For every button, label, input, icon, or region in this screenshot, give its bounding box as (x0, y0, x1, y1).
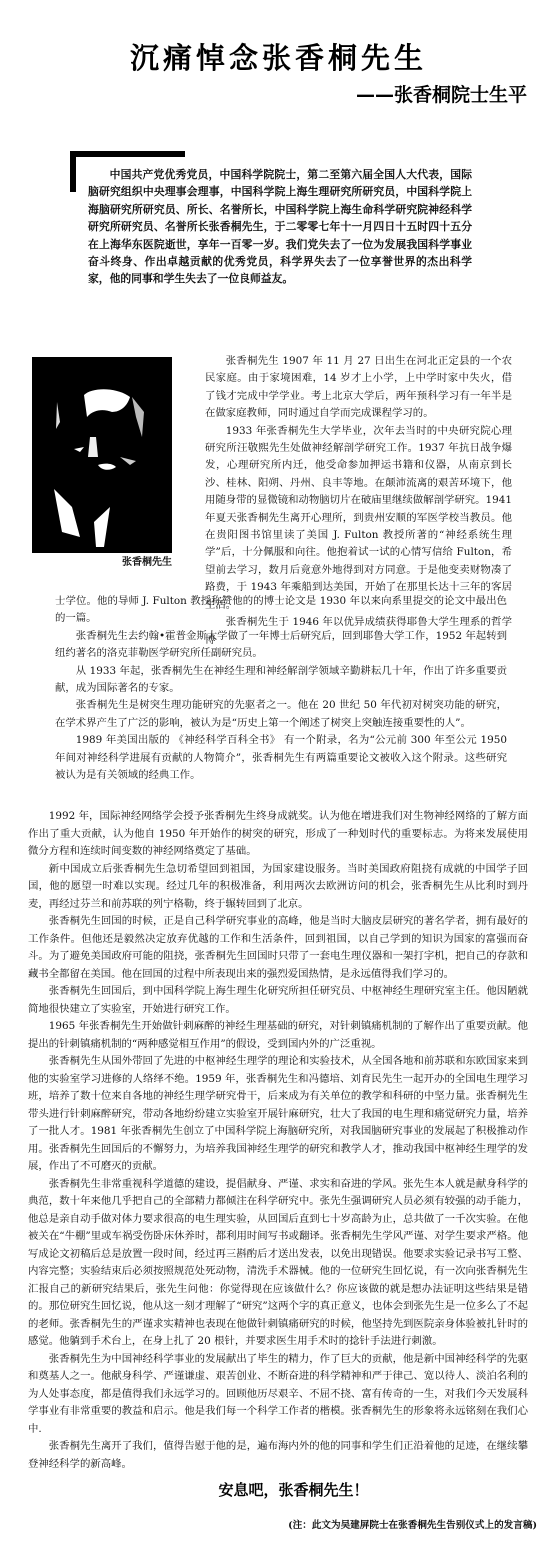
bio-paragraph: 张香桐先生 1907 年 11 月 27 日出生在河北正定县的一个农民家庭。由于… (205, 353, 512, 423)
body-paragraph: 张香桐先生从国外带回了先进的中枢神经生理学的理论和实验技术，从全国各地和前苏联和… (28, 1053, 528, 1176)
body-paragraph: 张香桐先生离开了我们，值得告慰于他的是，遍布海内外的他的同事和学生们正沿着他的足… (28, 1438, 528, 1473)
body-paragraph: 1992 年，国际神经网络学会授予张香桐先生终身成就奖。认为他在增进我们对生物神… (28, 808, 528, 861)
photo-caption: 张香桐先生 (96, 555, 172, 571)
intro-paragraph: 中国共产党优秀党员，中国科学院院士，第二至第六届全国人大代表，国际脑研究组织中央… (88, 166, 472, 288)
page-subtitle: ——张香桐院士生平 (356, 82, 527, 108)
page-title: 沉痛悼念张香桐先生 (0, 38, 557, 78)
farewell-heading: 安息吧，张香桐先生！ (0, 1479, 557, 1501)
bio-paragraph: 张香桐先生是树突生理功能研究的先驱者之一。他在 20 世纪 50 年代初对树突功… (55, 697, 507, 732)
body-paragraph: 1965 年张香桐先生开始做针刺麻醉的神经生理基础的研究，对针刺镇痛机制的了解作… (28, 1018, 528, 1053)
portrait-photo (32, 357, 172, 553)
body-paragraph: 张香桐先生回国后，到中国科学院上海生理生化研究所担任研究员、中枢神经生理研究室主… (28, 983, 528, 1018)
biography-full-width: 士学位。他的导师 J. Fulton 教授称赞他的的博士论文是 1930 年以来… (55, 593, 507, 784)
bio-paragraph: 1989 年美国出版的 《神经科学百科全书》 有一个附录，名为“公元前 300 … (55, 732, 507, 784)
main-body-text: 1992 年，国际神经网络学会授予张香桐先生终身成就奖。认为他在增进我们对生物神… (28, 808, 528, 1473)
body-paragraph: 张香桐先生回国的时候，正是自己科学研究事业的高峰，他是当时大脑皮层研究的著名学者… (28, 913, 528, 983)
bio-paragraph: 张香桐先生去约翰•霍普金斯大学做了一年博士后研究后，回到耶鲁大学工作，1952 … (55, 628, 507, 663)
footnote: (注：此文为吴建屏院士在张香桐先生告别仪式上的发言稿) (288, 1518, 537, 1534)
bio-paragraph: 1933 年张香桐先生大学毕业，次年去当时的中央研究院心理研究所汪敬熙先生处做神… (205, 423, 512, 614)
body-paragraph: 新中国成立后张香桐先生急切希望回到祖国，为国家建设服务。当时美国政府阻挠有成就的… (28, 861, 528, 914)
bio-paragraph: 从 1933 年起，张香桐先生在神经生理和神经解剖学领域辛勤耕耘几十年，作出了许… (55, 663, 507, 698)
body-paragraph: 张香桐先生为中国神经科学事业的发展献出了毕生的精力，作了巨大的贡献，他是新中国神… (28, 1351, 528, 1439)
bio-paragraph-continuation: 士学位。他的导师 J. Fulton 教授称赞他的的博士论文是 1930 年以来… (55, 593, 507, 628)
body-paragraph: 张香桐先生非常重视科学道德的建设，提倡献身、严谨、求实和奋进的学风。张先生本人就… (28, 1176, 528, 1351)
corner-bracket-vertical (70, 151, 76, 192)
portrait-photo-icon (32, 357, 172, 553)
corner-bracket-horizontal (70, 151, 185, 157)
